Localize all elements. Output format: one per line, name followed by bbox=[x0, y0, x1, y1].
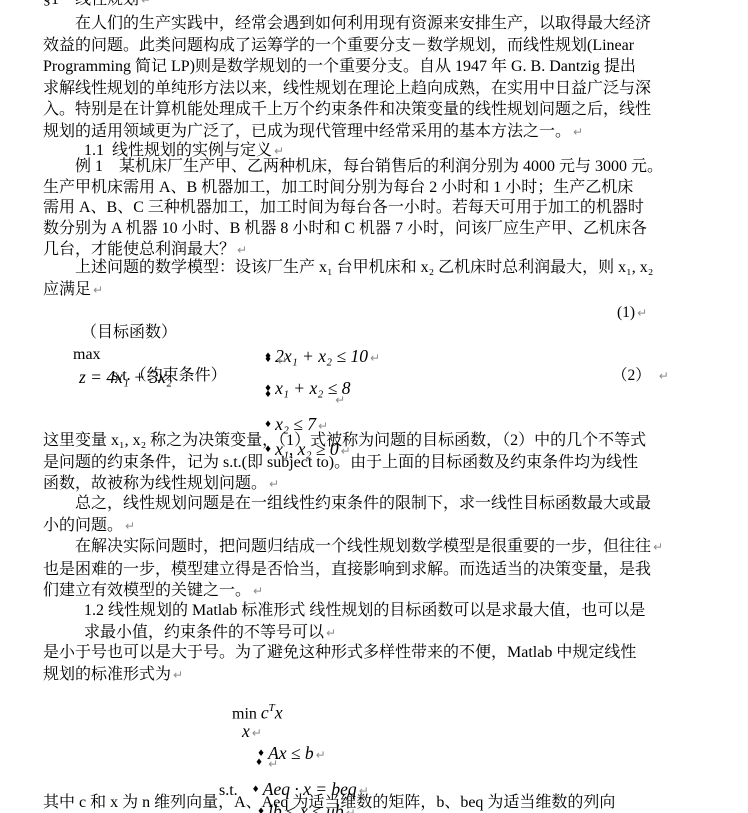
return-mark-icon: ↵ bbox=[637, 306, 647, 320]
line-text: 小的问题。 bbox=[43, 517, 123, 534]
heading-1-2: 1.2 线性规划的 Matlab 标准形式 线性规划的目标函数可以是求最大值，也… bbox=[43, 600, 712, 644]
object-anchor-icon: ♦ bbox=[264, 420, 272, 430]
text-line: 数分别为 A 机器 10 小时、B 机器 8 小时和 C 机器 7 小时，问该厂… bbox=[43, 219, 712, 240]
line-text: 在解决实际问题时，把问题归结成一个线性规划数学模型是很重要的一步，但往往 bbox=[75, 538, 651, 555]
line-text: 例 1 某机床厂生产甲、乙两种机床，每台销售后的利润分别为 4000 元与 30… bbox=[75, 158, 663, 175]
st-label: s.t.（约束条件） bbox=[112, 365, 227, 387]
std-form-block: min cTx x↵ ♦Ax ≤ b↵ ♦↵ s.t. ♦Aeq · x = b… bbox=[43, 676, 712, 800]
line-text: §1 线性规划 bbox=[43, 0, 139, 8]
line-text: 上述问题的数学模型：设该厂生产 x₁ 台甲机床和 x₂ 乙机床时总利润最大，则 … bbox=[75, 259, 653, 276]
return-mark-icon: ↵ bbox=[653, 540, 663, 554]
text-line: 在人们的生产实践中，经常会遇到如何利用现有资源来安排生产，以取得最大经济 bbox=[43, 13, 712, 35]
object-anchor-icon: ♦ bbox=[255, 758, 263, 768]
return-mark-icon: ↵ bbox=[237, 243, 247, 257]
text-line: 应满足↵ bbox=[43, 279, 712, 301]
text-line: 小的问题。↵ bbox=[43, 515, 712, 538]
model-paragraph: 上述问题的数学模型：设该厂生产 x₁ 台甲机床和 x₂ 乙机床时总利润最大，则 … bbox=[43, 257, 712, 301]
return-mark-icon: ↵ bbox=[269, 477, 279, 491]
line-text: 也是困难的一步，模型建立得是否恰当，直接影响到求解。而选适当的决策变量，是我 bbox=[43, 561, 651, 578]
text-line: 求最小值，约束条件的不等号可以↵ bbox=[43, 622, 712, 645]
equation-number-1: (1)↵ bbox=[617, 302, 647, 324]
closing-paragraph: 其中 c 和 x 为 n 维列向量，A、Aeq 为适当维数的矩阵，b、beq 为… bbox=[43, 792, 712, 813]
line-text: 应满足 bbox=[43, 281, 91, 298]
return-mark-icon: ↵ bbox=[93, 283, 103, 297]
line-text: 入。特别是在计算机能处理成千上万个约束条件和决策变量的线性规划问题之后，线性 bbox=[43, 101, 651, 118]
text-line: 效益的问题。此类问题构成了运筹学的一个重要分支－数学规划，而线性规划(Linea… bbox=[43, 35, 712, 57]
return-mark-icon: ↵ bbox=[141, 0, 151, 7]
line-text: 函数，故被称为线性规划问题。 bbox=[43, 475, 267, 492]
line-text: 们建立有效模型的关键之一。 bbox=[43, 582, 251, 599]
object-anchor-icon: ♦ bbox=[264, 355, 272, 365]
line-text: 1.2 线性规划的 Matlab 标准形式 线性规划的目标函数可以是求最大值，也… bbox=[84, 602, 645, 619]
line-text: 在人们的生产实践中，经常会遇到如何利用现有资源来安排生产，以取得最大经济 bbox=[75, 15, 651, 32]
line-text: 是问题的约束条件，记为 s.t.(即 subject to)。由于上面的目标函数… bbox=[43, 454, 638, 471]
discussion-paragraph: 这里变量 x₁, x₂ 称之为决策变量，（1）式被称为问题的目标函数，（2）中的… bbox=[43, 430, 712, 496]
line-text: 求解线性规划的单纯形方法以来，线性规划在理论上趋向成熟，在实用中日益广泛与深 bbox=[43, 80, 651, 97]
constraint-row: ♦2x₁ + x₂ ≤ 10↵ bbox=[232, 323, 380, 345]
text-line: 生产甲机床需用 A、B 机器加工，加工时间分别为每台 2 小时和 1 小时；生产… bbox=[43, 178, 712, 199]
text-line: 总之，线性规划问题是在一组线性约束条件的限制下，求一线性目标函数最大或最 bbox=[43, 493, 712, 515]
line-text: 生产甲机床需用 A、B 机器加工，加工时间分别为每台 2 小时和 1 小时；生产… bbox=[43, 179, 633, 196]
constraints-block: s.t.（约束条件） ♦2x₁ + x₂ ≤ 10↵ ♦↵ ♦x₁ + x₂ ≤… bbox=[43, 323, 712, 435]
line-text: 需用 A、B、C 三种机器加工，加工时间为每台各一小时。若每天可用于加工的机器时 bbox=[43, 199, 644, 216]
line-text: 求最小值，约束条件的不等号可以 bbox=[84, 624, 324, 641]
return-mark-icon: ↵ bbox=[316, 748, 326, 762]
text-line: 是小于号也可以是大于号。为了避免这种形式多样性带来的不便，Matlab 中规定线… bbox=[43, 642, 712, 664]
text-line: 需用 A、B、C 三种机器加工，加工时间为每台各一小时。若每天可用于加工的机器时 bbox=[43, 198, 712, 219]
line-text: 其中 c 和 x 为 n 维列向量，A、Aeq 为适当维数的矩阵，b、beq 为… bbox=[43, 794, 615, 811]
text-line: 也是困难的一步，模型建立得是否恰当，直接影响到求解。而选适当的决策变量，是我 bbox=[43, 559, 712, 581]
section-heading: §1 线性规划↵ bbox=[43, 0, 712, 12]
line-text: Programming 简记 LP)则是数学规划的一个重要分支。自从 1947 … bbox=[43, 58, 636, 75]
modeling-paragraph: 在解决实际问题时，把问题归结成一个线性规划数学模型是很重要的一步，但往往↵也是困… bbox=[43, 536, 712, 603]
return-mark-icon: ↵ bbox=[573, 125, 583, 139]
equation-number-2: （2）↵ bbox=[612, 365, 669, 388]
line-text: 几台，才能使总利润最大？ bbox=[43, 241, 235, 258]
object-anchor-icon: ♦ bbox=[264, 390, 272, 400]
document-page: §1 线性规划↵ 在人们的生产实践中，经常会遇到如何利用现有资源来安排生产，以取… bbox=[0, 0, 748, 813]
std-constraint-row: ♦Ax ≤ b↵ bbox=[233, 720, 712, 742]
return-mark-icon: ↵ bbox=[274, 144, 284, 158]
std-constraint-row: s.t. ♦Aeq · x = beq↵ bbox=[43, 756, 712, 778]
line-text: 数分别为 A 机器 10 小时、B 机器 8 小时和 C 机器 7 小时，问该厂… bbox=[43, 220, 647, 237]
under-variable: x bbox=[242, 721, 250, 741]
transpose-superscript: T bbox=[269, 702, 275, 714]
line-text: 规划的适用领域更为广泛了，已成为现代管理中经常采用的基本方法之一。 bbox=[43, 123, 571, 140]
objective-formula-row: （目标函数） max z = 4x₁ + 3x₂ (1)↵ bbox=[43, 300, 712, 322]
return-mark-icon: ↵ bbox=[370, 351, 380, 365]
return-mark-icon: ↵ bbox=[253, 584, 263, 598]
example-paragraph: 例 1 某机床厂生产甲、乙两种机床，每台销售后的利润分别为 4000 元与 30… bbox=[43, 157, 712, 261]
return-mark-icon: ↵ bbox=[335, 393, 345, 407]
text-line: 这里变量 x₁, x₂ 称之为决策变量，（1）式被称为问题的目标函数，（2）中的… bbox=[43, 430, 712, 452]
constraints-stack: ♦2x₁ + x₂ ≤ 10↵ ♦↵ ♦x₁ + x₂ ≤ 8 ♦↵ ♦x₂ ≤… bbox=[232, 323, 380, 438]
text-line: Programming 简记 LP)则是数学规划的一个重要分支。自从 1947 … bbox=[43, 56, 712, 78]
line-text: 总之，线性规划问题是在一组线性约束条件的限制下，求一线性目标函数最大或最 bbox=[75, 495, 651, 512]
c-variable: c bbox=[261, 702, 269, 722]
heading-block: §1 线性规划↵ bbox=[43, 0, 712, 12]
x-variable: x bbox=[275, 702, 283, 722]
subsection-heading: 1.2 线性规划的 Matlab 标准形式 线性规划的目标函数可以是求最大值，也… bbox=[43, 600, 712, 622]
return-mark-icon: ↵ bbox=[125, 519, 135, 533]
text-line: 求解线性规划的单纯形方法以来，线性规划在理论上趋向成熟，在实用中日益广泛与深 bbox=[43, 78, 712, 100]
min-row: min cTx bbox=[208, 676, 712, 698]
intro-paragraph: 在人们的生产实践中，经常会遇到如何利用现有资源来安排生产，以取得最大经济效益的问… bbox=[43, 13, 712, 143]
return-mark-icon: ↵ bbox=[277, 354, 287, 368]
text-line: 入。特别是在计算机能处理成千上万个约束条件和决策变量的线性规划问题之后，线性 bbox=[43, 99, 712, 121]
line-text: 效益的问题。此类问题构成了运筹学的一个重要分支－数学规划，而线性规划(Linea… bbox=[43, 37, 634, 54]
text-line: 是问题的约束条件，记为 s.t.(即 subject to)。由于上面的目标函数… bbox=[43, 452, 712, 474]
min-subscript-row: x↵ bbox=[218, 698, 712, 720]
text-line: 例 1 某机床厂生产甲、乙两种机床，每台销售后的利润分别为 4000 元与 30… bbox=[43, 157, 712, 178]
summary-paragraph: 总之，线性规划问题是在一组线性约束条件的限制下，求一线性目标函数最大或最小的问题… bbox=[43, 493, 712, 537]
text-line: 上述问题的数学模型：设该厂生产 x₁ 台甲机床和 x₂ 乙机床时总利润最大，则 … bbox=[43, 257, 712, 279]
constraint-expression: 2x₁ + x₂ ≤ 10 bbox=[275, 346, 368, 366]
equation-number-text: (1) bbox=[617, 304, 635, 321]
return-mark-icon: ↵ bbox=[659, 369, 669, 383]
return-mark-icon: ↵ bbox=[268, 757, 278, 771]
line-text: 是小于号也可以是大于号。为了避免这种形式多样性带来的不便，Matlab 中规定线… bbox=[43, 644, 636, 661]
return-mark-icon: ↵ bbox=[252, 726, 262, 740]
text-line: 在解决实际问题时，把问题归结成一个线性规划数学模型是很重要的一步，但往往↵ bbox=[43, 536, 712, 559]
return-mark-icon: ↵ bbox=[326, 626, 336, 640]
equation-number-text: （2） bbox=[612, 367, 651, 384]
line-text: 这里变量 x₁, x₂ 称之为决策变量，（1）式被称为问题的目标函数，（2）中的… bbox=[43, 432, 646, 449]
text-line: 其中 c 和 x 为 n 维列向量，A、Aeq 为适当维数的矩阵，b、beq 为… bbox=[43, 792, 712, 813]
